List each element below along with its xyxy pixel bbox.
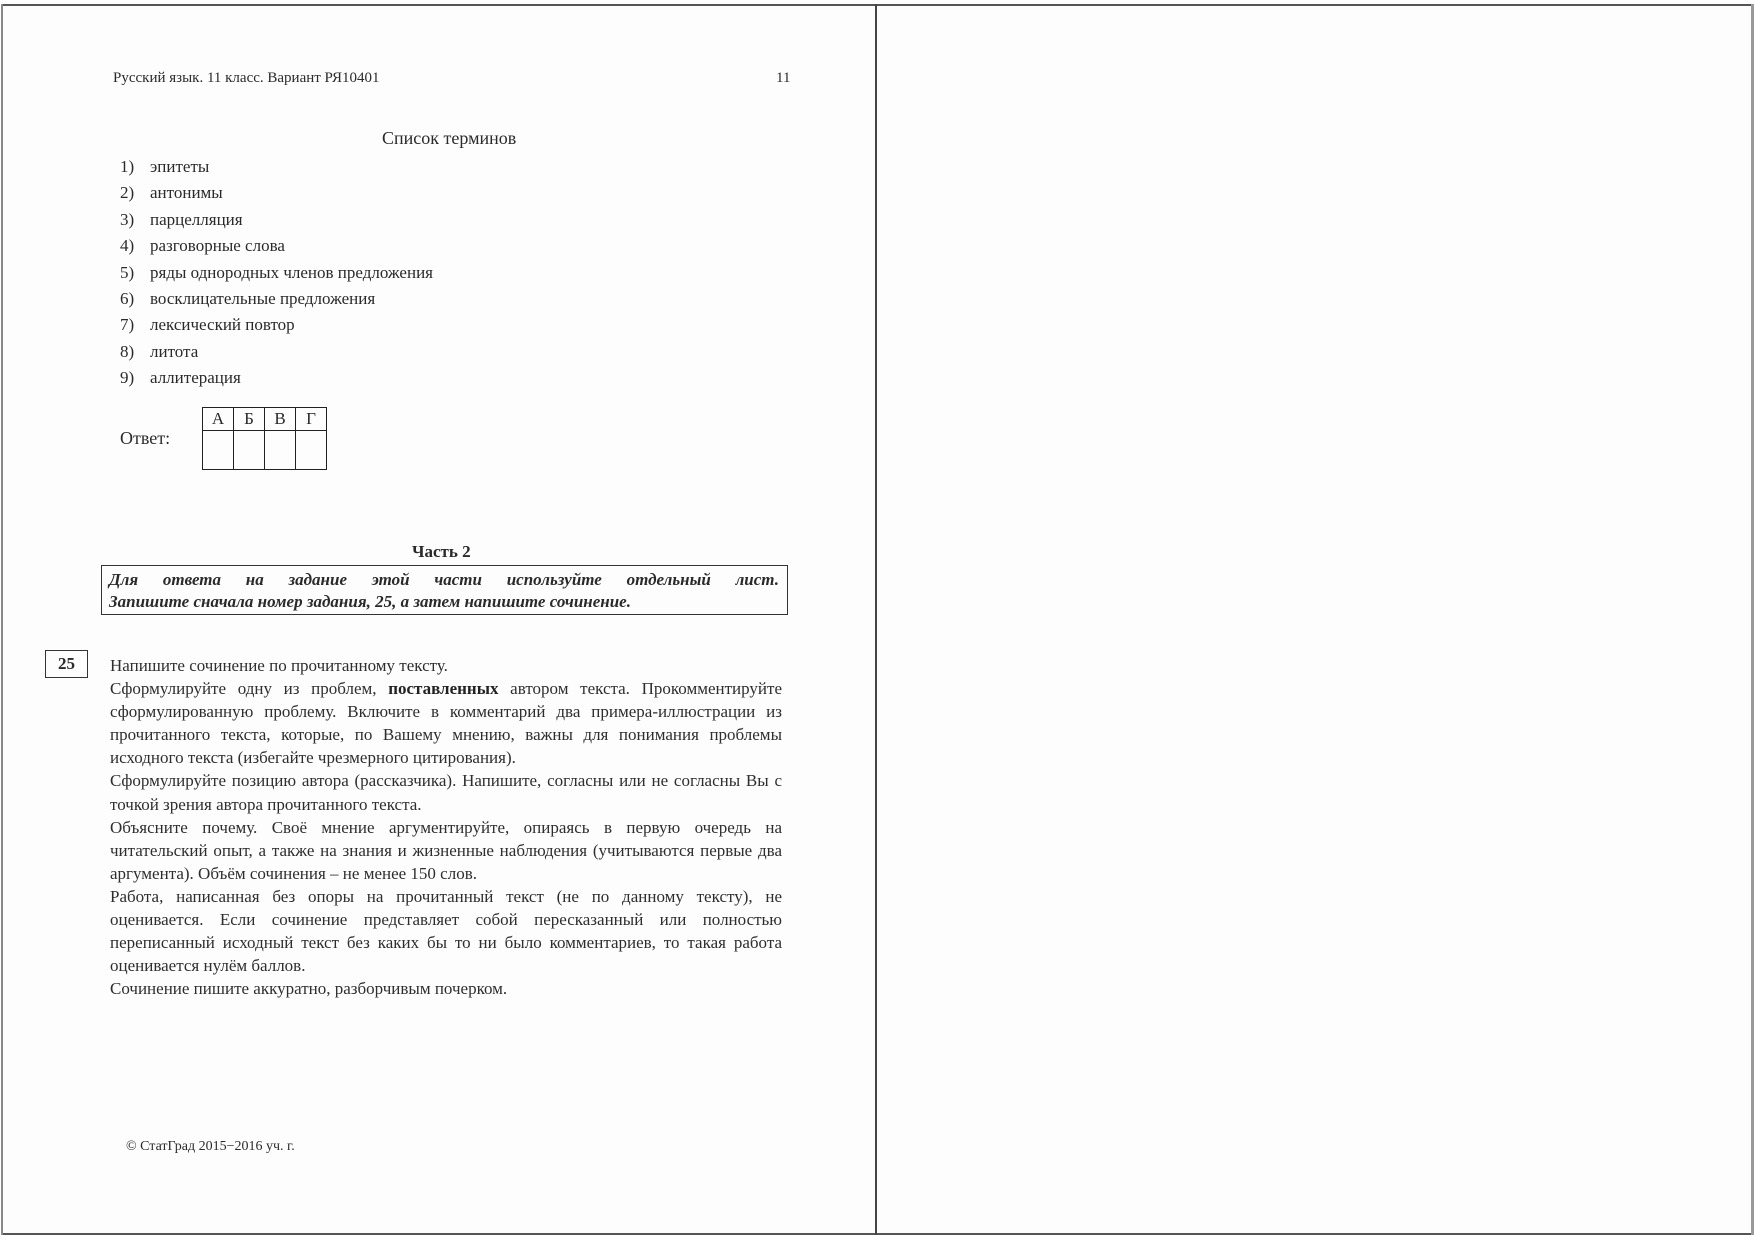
task-text: Напишите сочинение по прочитанному текст… — [110, 654, 782, 1000]
task-paragraph: Сформулируйте позицию автора (рассказчик… — [110, 769, 782, 815]
list-item: 5)ряды однородных членов предложения — [120, 262, 433, 288]
answer-column-header: Б — [234, 408, 265, 431]
frame-left-border — [1, 4, 3, 1235]
running-header: Русский язык. 11 класс. Вариант РЯ10401 — [113, 70, 379, 87]
list-item: 9)аллитерация — [120, 367, 433, 393]
answer-column-header: В — [265, 408, 296, 431]
answer-label: Ответ: — [120, 428, 170, 449]
answer-cell-g[interactable] — [296, 431, 327, 470]
answer-column-header: Г — [296, 408, 327, 431]
task-number-badge: 25 — [45, 650, 88, 678]
part-title: Часть 2 — [412, 542, 471, 562]
answer-cell-v[interactable] — [265, 431, 296, 470]
list-item: 7)лексический повтор — [120, 314, 433, 340]
task-paragraph: Сочинение пишите аккуратно, разборчивым … — [110, 977, 782, 1000]
task-paragraph: Сформулируйте одну из проблем, поставлен… — [110, 677, 782, 769]
list-item: 4)разговорные слова — [120, 235, 433, 261]
page-right-blank — [877, 6, 1751, 1233]
list-item: 6)восклицательные предложения — [120, 288, 433, 314]
list-item: 2)антонимы — [120, 182, 433, 208]
instruction-line-1: Для ответа на задание этой части использ… — [109, 569, 779, 591]
part-instruction-box: Для ответа на задание этой части использ… — [101, 565, 788, 615]
frame-bottom-border — [2, 1233, 1753, 1235]
emphasized-word: поставленных — [388, 679, 498, 698]
list-item: 1)эпитеты — [120, 156, 433, 182]
task-paragraph: Объясните почему. Своё мнение аргументир… — [110, 816, 782, 885]
terms-list-title: Список терминов — [382, 128, 516, 149]
list-item: 3)парцелляция — [120, 209, 433, 235]
answer-cell-a[interactable] — [203, 431, 234, 470]
answer-table: А Б В Г — [202, 407, 327, 470]
frame-top-border — [2, 4, 1753, 6]
copyright-footer: © СтатГрад 2015−2016 уч. г. — [126, 1139, 295, 1155]
answer-cell-b[interactable] — [234, 431, 265, 470]
page-divider — [875, 4, 877, 1235]
instruction-line-2: Запишите сначала номер задания, 25, а за… — [109, 592, 631, 611]
answer-column-header: А — [203, 408, 234, 431]
page-number: 11 — [776, 70, 790, 87]
task-paragraph: Напишите сочинение по прочитанному текст… — [110, 654, 782, 677]
task-paragraph: Работа, написанная без опоры на прочитан… — [110, 885, 782, 977]
terms-list: 1)эпитеты 2)антонимы 3)парцелляция 4)раз… — [120, 156, 433, 394]
list-item: 8)литота — [120, 341, 433, 367]
